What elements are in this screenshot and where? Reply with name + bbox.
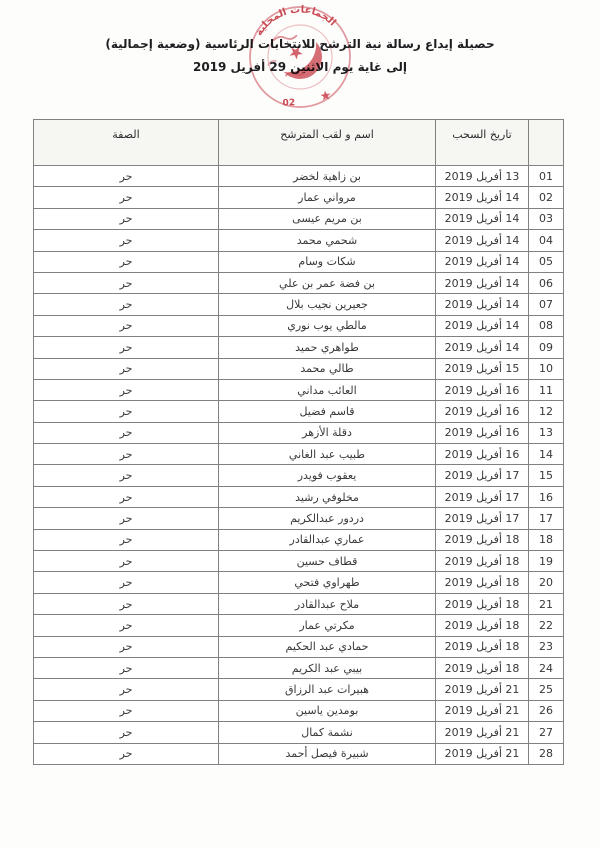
document-title: حصيلة إيداع رسالة نية الترشح للانتخابات … bbox=[0, 33, 600, 79]
row-status: حر bbox=[34, 251, 219, 272]
row-name: حمادي عبد الحكيم bbox=[219, 636, 436, 657]
table-row: 04 14 أفريل 2019 شحمي محمد حر bbox=[34, 230, 564, 251]
col-header-status: الصفة bbox=[34, 120, 219, 166]
row-status: حر bbox=[34, 679, 219, 700]
table-row: 14 16 أفريل 2019 طبيب عبد الغاني حر bbox=[34, 444, 564, 465]
row-status: حر bbox=[34, 166, 219, 187]
row-date: 13 أفريل 2019 bbox=[436, 166, 529, 187]
row-index: 10 bbox=[529, 358, 564, 379]
table-row: 03 14 أفريل 2019 بن مريم عيسى حر bbox=[34, 208, 564, 229]
row-status: حر bbox=[34, 294, 219, 315]
row-index: 17 bbox=[529, 508, 564, 529]
table-row: 12 16 أفريل 2019 قاسم فضيل حر bbox=[34, 401, 564, 422]
table-header: تاريخ السحب اسم و لقب المترشح الصفة bbox=[34, 120, 564, 166]
row-name: عماري عبدالقادر bbox=[219, 529, 436, 550]
table-row: 23 18 أفريل 2019 حمادي عبد الحكيم حر bbox=[34, 636, 564, 657]
row-name: مكرتي عمار bbox=[219, 615, 436, 636]
row-index: 27 bbox=[529, 722, 564, 743]
row-index: 15 bbox=[529, 465, 564, 486]
row-name: طهراوي فتحي bbox=[219, 572, 436, 593]
table-row: 06 14 أفريل 2019 بن فضة عمر بن علي حر bbox=[34, 272, 564, 293]
row-date: 17 أفريل 2019 bbox=[436, 486, 529, 507]
row-index: 07 bbox=[529, 294, 564, 315]
table-row: 19 18 أفريل 2019 قطاف حسين حر bbox=[34, 551, 564, 572]
row-name: طالي محمد bbox=[219, 358, 436, 379]
row-index: 18 bbox=[529, 529, 564, 550]
row-date: 18 أفريل 2019 bbox=[436, 529, 529, 550]
table-row: 26 21 أفريل 2019 بومدين ياسين حر bbox=[34, 700, 564, 721]
row-index: 23 bbox=[529, 636, 564, 657]
row-status: حر bbox=[34, 700, 219, 721]
row-date: 14 أفريل 2019 bbox=[436, 337, 529, 358]
row-date: 16 أفريل 2019 bbox=[436, 401, 529, 422]
col-header-index bbox=[529, 120, 564, 166]
row-date: 14 أفريل 2019 bbox=[436, 294, 529, 315]
row-date: 18 أفريل 2019 bbox=[436, 615, 529, 636]
row-date: 14 أفريل 2019 bbox=[436, 272, 529, 293]
stamp-number: 02 bbox=[282, 98, 295, 108]
row-index: 12 bbox=[529, 401, 564, 422]
row-date: 21 أفريل 2019 bbox=[436, 743, 529, 764]
row-name: بيبي عبد الكريم bbox=[219, 657, 436, 678]
row-index: 24 bbox=[529, 657, 564, 678]
row-date: 18 أفريل 2019 bbox=[436, 657, 529, 678]
row-status: حر bbox=[34, 379, 219, 400]
title-line-2: إلى غاية يوم الاثنين 29 أفريل 2019 bbox=[0, 56, 600, 79]
table-row: 28 21 أفريل 2019 شبيرة فيصل أحمد حر bbox=[34, 743, 564, 764]
row-status: حر bbox=[34, 508, 219, 529]
row-name: شكات وسام bbox=[219, 251, 436, 272]
table-row: 22 18 أفريل 2019 مكرتي عمار حر bbox=[34, 615, 564, 636]
row-status: حر bbox=[34, 444, 219, 465]
row-status: حر bbox=[34, 743, 219, 764]
row-name: بومدين ياسين bbox=[219, 700, 436, 721]
row-status: حر bbox=[34, 358, 219, 379]
row-status: حر bbox=[34, 636, 219, 657]
table-row: 02 14 أفريل 2019 مرواني عمار حر bbox=[34, 187, 564, 208]
row-status: حر bbox=[34, 272, 219, 293]
row-name: نشمة كمال bbox=[219, 722, 436, 743]
row-date: 15 أفريل 2019 bbox=[436, 358, 529, 379]
row-status: حر bbox=[34, 337, 219, 358]
row-date: 21 أفريل 2019 bbox=[436, 700, 529, 721]
row-date: 21 أفريل 2019 bbox=[436, 722, 529, 743]
row-status: حر bbox=[34, 401, 219, 422]
table-body: 01 13 أفريل 2019 بن زاهية لخضر حر 02 14 … bbox=[34, 166, 564, 765]
row-index: 06 bbox=[529, 272, 564, 293]
row-name: طواهري حميد bbox=[219, 337, 436, 358]
row-index: 04 bbox=[529, 230, 564, 251]
table-row: 01 13 أفريل 2019 بن زاهية لخضر حر bbox=[34, 166, 564, 187]
row-name: بن مريم عيسى bbox=[219, 208, 436, 229]
row-index: 02 bbox=[529, 187, 564, 208]
col-header-date: تاريخ السحب bbox=[436, 120, 529, 166]
row-status: حر bbox=[34, 465, 219, 486]
row-status: حر bbox=[34, 486, 219, 507]
row-name: يعقوب فويدر bbox=[219, 465, 436, 486]
table-row: 05 14 أفريل 2019 شكات وسام حر bbox=[34, 251, 564, 272]
table-row: 07 14 أفريل 2019 جعيرين نجيب بلال حر bbox=[34, 294, 564, 315]
row-name: طبيب عبد الغاني bbox=[219, 444, 436, 465]
table-row: 25 21 أفريل 2019 هبيرات عبد الرزاق حر bbox=[34, 679, 564, 700]
table-row: 17 17 أفريل 2019 دردور عبدالكريم حر bbox=[34, 508, 564, 529]
row-index: 22 bbox=[529, 615, 564, 636]
row-name: ملاح عبدالقادر bbox=[219, 593, 436, 614]
row-index: 03 bbox=[529, 208, 564, 229]
table-row: 11 16 أفريل 2019 العائب مداني حر bbox=[34, 379, 564, 400]
row-date: 14 أفريل 2019 bbox=[436, 251, 529, 272]
row-name: قطاف حسين bbox=[219, 551, 436, 572]
row-name: بن زاهية لخضر bbox=[219, 166, 436, 187]
row-date: 14 أفريل 2019 bbox=[436, 208, 529, 229]
row-date: 16 أفريل 2019 bbox=[436, 422, 529, 443]
header-row: تاريخ السحب اسم و لقب المترشح الصفة bbox=[34, 120, 564, 166]
row-index: 08 bbox=[529, 315, 564, 336]
row-status: حر bbox=[34, 551, 219, 572]
row-index: 13 bbox=[529, 422, 564, 443]
row-name: العائب مداني bbox=[219, 379, 436, 400]
row-date: 14 أفريل 2019 bbox=[436, 187, 529, 208]
stamp-bottom-star-icon bbox=[320, 90, 331, 101]
col-header-name: اسم و لقب المترشح bbox=[219, 120, 436, 166]
row-status: حر bbox=[34, 593, 219, 614]
row-name: هبيرات عبد الرزاق bbox=[219, 679, 436, 700]
row-index: 16 bbox=[529, 486, 564, 507]
row-index: 28 bbox=[529, 743, 564, 764]
row-date: 18 أفريل 2019 bbox=[436, 593, 529, 614]
row-name: دقلة الأزهر bbox=[219, 422, 436, 443]
row-date: 21 أفريل 2019 bbox=[436, 679, 529, 700]
row-index: 14 bbox=[529, 444, 564, 465]
row-date: 14 أفريل 2019 bbox=[436, 315, 529, 336]
row-index: 01 bbox=[529, 166, 564, 187]
table-row: 10 15 أفريل 2019 طالي محمد حر bbox=[34, 358, 564, 379]
row-date: 16 أفريل 2019 bbox=[436, 444, 529, 465]
table-row: 24 18 أفريل 2019 بيبي عبد الكريم حر bbox=[34, 657, 564, 678]
table-row: 15 17 أفريل 2019 يعقوب فويدر حر bbox=[34, 465, 564, 486]
candidates-table: تاريخ السحب اسم و لقب المترشح الصفة 01 1… bbox=[33, 119, 564, 765]
row-name: شبيرة فيصل أحمد bbox=[219, 743, 436, 764]
table-row: 08 14 أفريل 2019 مالطي يوب نوري حر bbox=[34, 315, 564, 336]
row-status: حر bbox=[34, 208, 219, 229]
table-row: 09 14 أفريل 2019 طواهري حميد حر bbox=[34, 337, 564, 358]
row-status: حر bbox=[34, 187, 219, 208]
row-date: 17 أفريل 2019 bbox=[436, 465, 529, 486]
row-name: مرواني عمار bbox=[219, 187, 436, 208]
row-index: 19 bbox=[529, 551, 564, 572]
row-index: 21 bbox=[529, 593, 564, 614]
row-status: حر bbox=[34, 657, 219, 678]
row-name: مالطي يوب نوري bbox=[219, 315, 436, 336]
row-date: 18 أفريل 2019 bbox=[436, 572, 529, 593]
row-index: 11 bbox=[529, 379, 564, 400]
row-status: حر bbox=[34, 315, 219, 336]
row-status: حر bbox=[34, 722, 219, 743]
row-status: حر bbox=[34, 422, 219, 443]
row-status: حر bbox=[34, 529, 219, 550]
row-date: 16 أفريل 2019 bbox=[436, 379, 529, 400]
row-name: دردور عبدالكريم bbox=[219, 508, 436, 529]
row-name: بن فضة عمر بن علي bbox=[219, 272, 436, 293]
row-name: شحمي محمد bbox=[219, 230, 436, 251]
table-row: 27 21 أفريل 2019 نشمة كمال حر bbox=[34, 722, 564, 743]
scanned-document-page: حصيلة إيداع رسالة نية الترشح للانتخابات … bbox=[0, 0, 600, 848]
table-row: 16 17 أفريل 2019 مخلوفي رشيد حر bbox=[34, 486, 564, 507]
row-name: مخلوفي رشيد bbox=[219, 486, 436, 507]
table-row: 18 18 أفريل 2019 عماري عبدالقادر حر bbox=[34, 529, 564, 550]
row-index: 25 bbox=[529, 679, 564, 700]
row-index: 20 bbox=[529, 572, 564, 593]
table-row: 21 18 أفريل 2019 ملاح عبدالقادر حر bbox=[34, 593, 564, 614]
row-status: حر bbox=[34, 572, 219, 593]
row-index: 05 bbox=[529, 251, 564, 272]
row-date: 14 أفريل 2019 bbox=[436, 230, 529, 251]
row-date: 18 أفريل 2019 bbox=[436, 636, 529, 657]
row-date: 17 أفريل 2019 bbox=[436, 508, 529, 529]
table-row: 20 18 أفريل 2019 طهراوي فتحي حر bbox=[34, 572, 564, 593]
row-status: حر bbox=[34, 230, 219, 251]
row-index: 09 bbox=[529, 337, 564, 358]
row-date: 18 أفريل 2019 bbox=[436, 551, 529, 572]
table-row: 13 16 أفريل 2019 دقلة الأزهر حر bbox=[34, 422, 564, 443]
row-name: قاسم فضيل bbox=[219, 401, 436, 422]
row-status: حر bbox=[34, 615, 219, 636]
title-line-1: حصيلة إيداع رسالة نية الترشح للانتخابات … bbox=[0, 33, 600, 56]
row-index: 26 bbox=[529, 700, 564, 721]
row-name: جعيرين نجيب بلال bbox=[219, 294, 436, 315]
